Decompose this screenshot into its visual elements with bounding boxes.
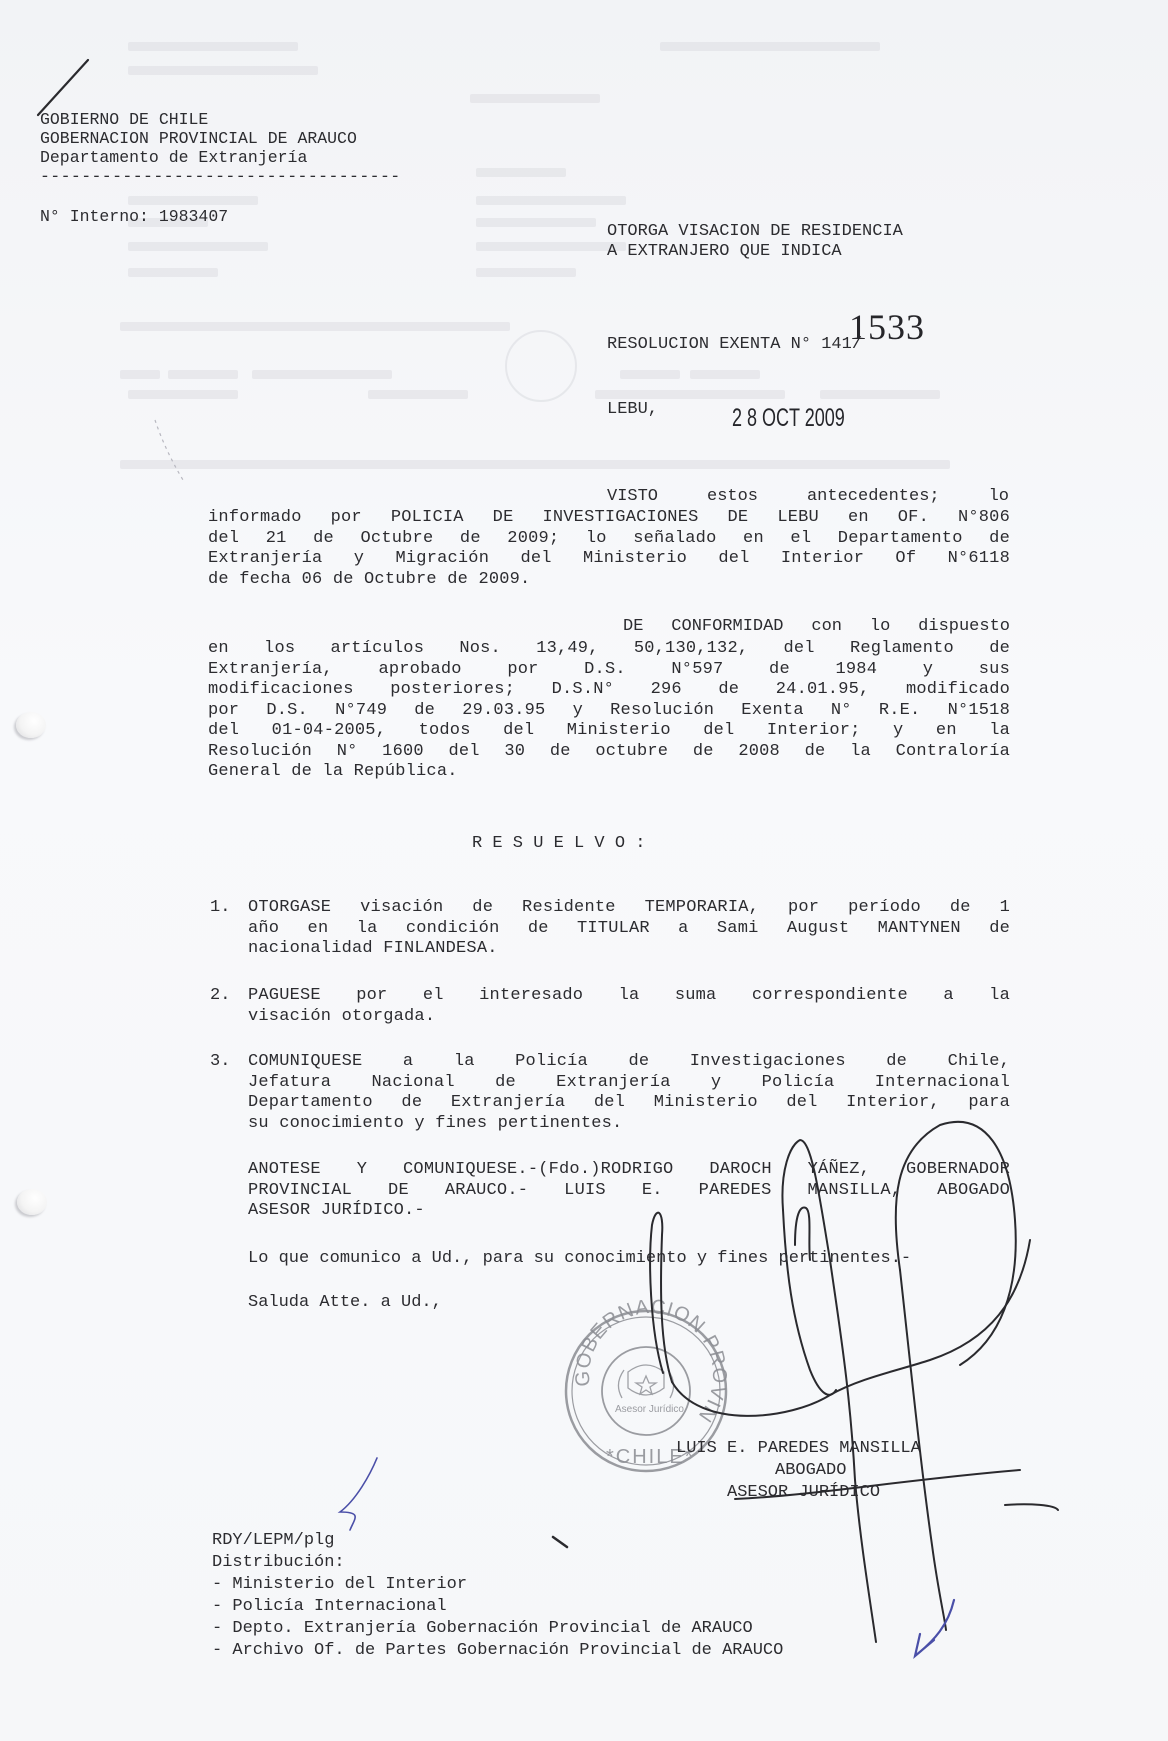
pen-slash-mark (38, 60, 88, 115)
check-mark-icon (340, 1458, 377, 1530)
handwritten-marks (0, 0, 1168, 1741)
scanned-document-page: GOBIERNO DE CHILE GOBERNACION PROVINCIAL… (0, 0, 1168, 1741)
signature-icon (650, 1122, 1058, 1642)
check-mark-icon (915, 1600, 954, 1656)
